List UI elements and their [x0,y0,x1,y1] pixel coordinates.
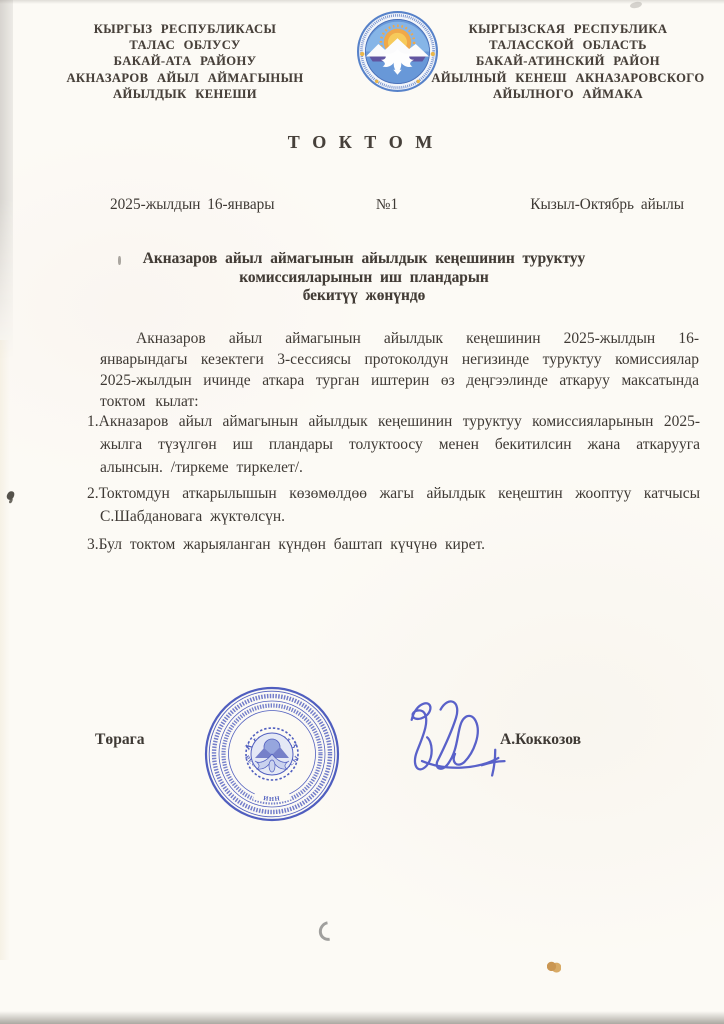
header-line: АЙЫЛНОГО АЙМАКА [418,86,718,102]
decree-preamble: Акназаров айыл аймагынын айылдык кеңешин… [100,328,699,412]
header-line: АКНАЗАРОВ АЙЫЛ АЙМАГЫНЫН [34,70,336,86]
emblem-ornament-dot [417,80,420,83]
scanned-decree-page: КЫРГЫЗ РЕСПУБЛИКАСЫ ТАЛАС ОБЛУСУ БАКАЙ-А… [0,0,724,1024]
decree-date: 2025-жылдын 16-январы [88,196,376,214]
header-line: ТАЛАС ОБЛУСУ [34,37,336,53]
header-line: АЙЫЛДЫК КЕНЕШИ [34,86,336,102]
decree-subject: Акназаров айыл аймагынын айылдык кеңешин… [2,250,724,306]
header-russian: КЫРГЫЗСКАЯ РЕСПУБЛИКА ТАЛАССКОЙ ОБЛАСТЬ … [418,21,718,102]
header-line: КЫРГЫЗ РЕСПУБЛИКАСЫ [34,21,336,37]
decree-item: 2.Токтомдун аткарылышын көзөмөлдөө жагы … [87,482,700,528]
header-kyrgyz: КЫРГЫЗ РЕСПУБЛИКАСЫ ТАЛАС ОБЛУСУ БАКАЙ-А… [34,21,336,102]
handwritten-signature-icon [393,693,517,791]
decree-place: Кызыл-Октябрь айылы [398,196,686,214]
signer-role: Төрага [95,731,145,749]
scan-speck-orange [547,961,561,973]
scan-edge-bottom [0,1011,724,1024]
subject-line: комиссияларынын иш пландарын [2,269,724,288]
scan-smudge-gray [315,917,342,944]
official-stamp-icon: КЫРГЫЗ РЕСПУБЛИКАСЫ ИНН [202,684,342,824]
subject-line: Акназаров айыл аймагынын айылдык кеңешин… [2,250,724,269]
scan-speck-dark [6,490,15,501]
emblem-ornament-dot [431,52,435,56]
emblem-ornament-dot [375,80,378,83]
decree-number: №1 [376,196,398,214]
stamp-text-inn: ИНН [263,795,281,803]
scan-edge-left-lower [0,340,10,960]
decree-items: 1.Акназаров айыл аймагынын айылдык кеңеш… [87,410,700,559]
kyrgyz-coat-of-arms-icon [356,10,439,93]
header-line: БАКАЙ-АТА РАЙОНУ [34,53,336,69]
header-line: БАКАЙ-АТИНСКИЙ РАЙОН [418,53,718,69]
header-line: ТАЛАССКОЙ ОБЛАСТЬ [418,37,718,53]
subject-line: бекитүү жөнүндө [2,287,724,306]
scan-smudge-top [630,1,643,9]
header-line: КЫРГЫЗСКАЯ РЕСПУБЛИКА [418,21,718,37]
stamp-center-emblem [246,728,298,780]
svg-text:ИНН: ИНН [263,795,281,803]
document-title: Т О К Т О М [0,132,724,153]
decree-item: 3.Бул токтом жарыяланган күндөн баштап к… [87,533,700,556]
emblem-ornament-dot [360,52,364,56]
decree-item: 1.Акназаров айыл аймагынын айылдык кеңеш… [87,410,700,479]
date-line: 2025-жылдын 16-январы №1 Кызыл-Октябрь а… [88,196,686,214]
scan-edge-left [0,0,13,360]
scan-edge-top [0,0,724,4]
header-line: АЙЫЛНЫЙ КЕНЕШ АКНАЗАРОВСКОГО [418,70,718,86]
